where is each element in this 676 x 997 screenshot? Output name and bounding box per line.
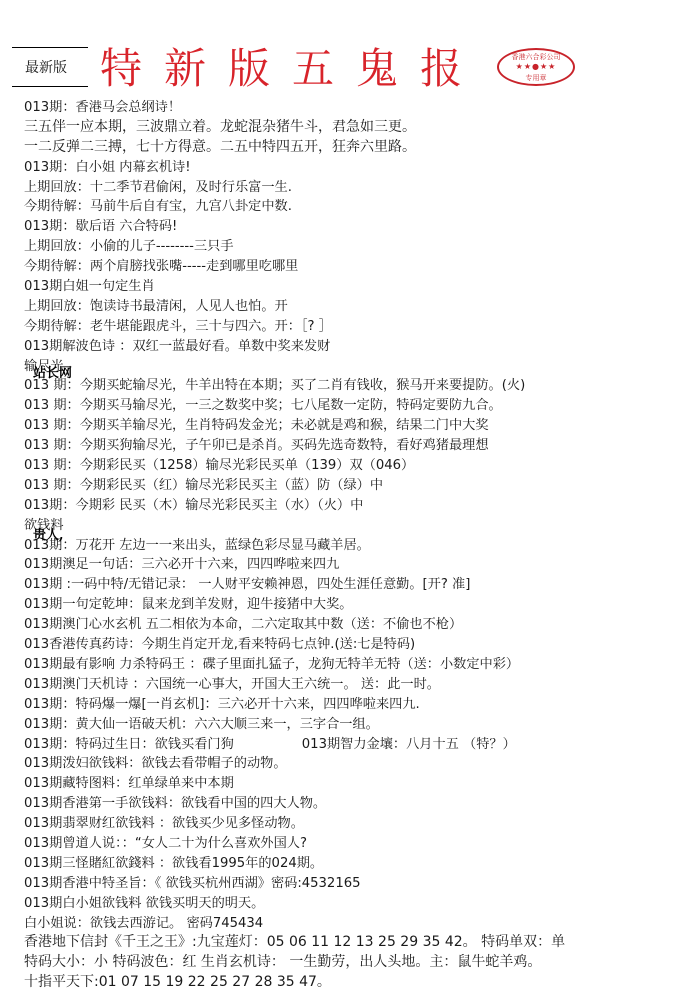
text-line: 013 期：今期彩民买（红）输尽光彩民买主（蓝）防（绿）中 bbox=[24, 476, 664, 496]
overlay-label: 贵人, bbox=[33, 524, 64, 543]
text-line: 013 期：今期买蛇输尽光，牛羊出特在本期；买了二肖有钱收，猴马开来要提防。(火… bbox=[24, 376, 664, 396]
text-line: 十指平天下:01 07 15 19 22 25 27 28 35 47。 bbox=[24, 973, 664, 993]
overlay-label: 站长网 bbox=[33, 362, 72, 381]
text-line-split: 013期：特码过生日：欲钱买看门狗013期智力金壤：八月十五 （特？） bbox=[24, 735, 664, 755]
text-line: 013期曾道人说：：“女人二十为什么喜欢外国人? bbox=[24, 834, 664, 854]
text-line: 今期待解：老牛堪能跟虎斗，三十与四六。开：［? ］ bbox=[24, 317, 664, 337]
text-line: 013期：今期彩 民买（木）输尽光彩民买主（水）（火）中 bbox=[24, 496, 664, 516]
edition-label: 最新版 bbox=[25, 57, 67, 77]
text-line: 013期澳门天机诗 ：六国统一心事大，开国大王六统一。 送：此一时。 bbox=[24, 675, 664, 695]
article-body: 013期：香港马会总纲诗！ 三五伴一应本期，三波鼎立着。龙蛇混杂猪牛斗，君急如三… bbox=[24, 98, 664, 993]
text-line: 013期澳足一句话：三六必开十六来，四四哗啦来四九 bbox=[24, 555, 664, 575]
text-line: 013 期：今期买马输尽光，一三之数奖中奖；七八尾数一定防，特码定要防九合。 bbox=[24, 396, 664, 416]
text-line: 013期一句定乾坤：鼠来龙到羊发财，迎牛接猪中大奖。 bbox=[24, 595, 664, 615]
text-line: 一二反弹二三搏，七十方得意。二五中特四五开，狂奔六里路。 bbox=[24, 138, 664, 158]
text-right: 013期智力金壤：八月十五 （特？） bbox=[302, 737, 516, 752]
section-heading: 输尽光 bbox=[24, 357, 664, 377]
text-line: 013期：黄大仙一语破天机：六六大顺三来一，三字合一组。 bbox=[24, 715, 664, 735]
text-line: 013期：歇后语 六合特码! bbox=[24, 217, 664, 237]
text-line: 三五伴一应本期，三波鼎立着。龙蛇混杂猪牛斗，君急如三更。 bbox=[24, 118, 664, 138]
text-line: 013香港传真药诗：今期生肖定开龙,看来特码七点钟.(送:七是特码) bbox=[24, 635, 664, 655]
text-line: 上期回放：十二季节君偷闲，及时行乐富一生. bbox=[24, 178, 664, 198]
text-line: 013期：万花开 左边一一来出头，蓝绿色彩尽显马藏羊居。 bbox=[24, 536, 664, 556]
seal-bottom-text: 专用章 bbox=[499, 73, 573, 83]
text-line: 香港地下信封《千王之王》:九宝莲灯：05 06 11 12 13 25 29 3… bbox=[24, 933, 664, 953]
text-line: 013 期：今期彩民买（1258）输尽光彩民买单（139）双（046） bbox=[24, 456, 664, 476]
text-line: 013期泼妇欲钱料：欲钱去看带帽子的动物。 bbox=[24, 754, 664, 774]
text-line: 013期最有影响 力杀特码王 ：碟子里面扎猛子，龙狗无特羊无特（送：小数定中彩） bbox=[24, 655, 664, 675]
text-line: 013期香港第一手欲钱料：欲钱看中国的四大人物。 bbox=[24, 794, 664, 814]
page-title: 特新版五鬼报 bbox=[100, 40, 484, 98]
text-line: 013期藏特图料：红单绿单来中本期 bbox=[24, 774, 664, 794]
text-line: 上期回放：饱读诗书最清闲，人见人也怕。开 bbox=[24, 297, 664, 317]
text-line: 013 期：今期买狗输尽光，子午卯已是杀肖。买码先选奇数特，看好鸡猪最理想 bbox=[24, 436, 664, 456]
seal-stars: ★★●★★ bbox=[499, 62, 573, 71]
text-line: 013期 :一码中特/无错记录： 一人财平安赖神恩，四处生涯任意勤。[开? 准] bbox=[24, 575, 664, 595]
text-line: 013期：特码爆一爆[一肖玄机]：三六必开十六来，四四哗啦来四九. bbox=[24, 695, 664, 715]
text-line: 今期待解：马前牛后自有宝，九宫八卦定中数. bbox=[24, 197, 664, 217]
text-line: 013期翡翠财红欲钱料 ：欲钱买少见多怪动物。 bbox=[24, 814, 664, 834]
seal-stamp-icon: 香港六合彩公司 ★★●★★ 专用章 bbox=[497, 48, 575, 86]
text-line: 013期白小姐欲钱料 欲钱买明天的明天。 bbox=[24, 894, 664, 914]
text-line: 013期三怪賭紅欲錢料 ：欲钱看1995年的024期。 bbox=[24, 854, 664, 874]
text-line: 013期澳门心水玄机 五二相依为本命，二六定取其中数（送：不偷也不枪） bbox=[24, 615, 664, 635]
text-line: 今期待解：两个肩膀找张嘴-----走到哪里吃哪里 bbox=[24, 257, 664, 277]
edition-box: 最新版 bbox=[12, 47, 88, 87]
text-line: 白小姐说：欲钱去西游记。 密码745434 bbox=[24, 914, 664, 934]
section-heading: 欲钱料 bbox=[24, 516, 664, 536]
text-line: 013 期：今期买羊输尽光，生肖特码发金光；未必就是鸡和猴，结果二门中大奖 bbox=[24, 416, 664, 436]
text-line: 013期香港中特圣旨：《 欲钱买杭州西湖》密码:4532165 bbox=[24, 874, 664, 894]
text-line: 013期：香港马会总纲诗！ bbox=[24, 98, 664, 118]
text-line: 特码大小：小 特码波色：红 生肖玄机诗： 一生勤劳，出人头地。主：鼠牛蛇羊鸡。 bbox=[24, 953, 664, 973]
text-left: 013期：特码过生日：欲钱买看门狗 bbox=[24, 737, 234, 752]
text-line: 013期：白小姐 内幕玄机诗! bbox=[24, 158, 664, 178]
text-line: 013期白姐一句定生肖 bbox=[24, 277, 664, 297]
text-line: 013期解波色诗 ：双红一蓝最好看。单数中奖来发财 bbox=[24, 337, 664, 357]
header: 最新版 特新版五鬼报 香港六合彩公司 ★★●★★ 专用章 bbox=[0, 40, 676, 100]
seal-top-text: 香港六合彩公司 bbox=[499, 52, 573, 62]
text-line: 上期回放：小偷的儿子--------三只手 bbox=[24, 237, 664, 257]
